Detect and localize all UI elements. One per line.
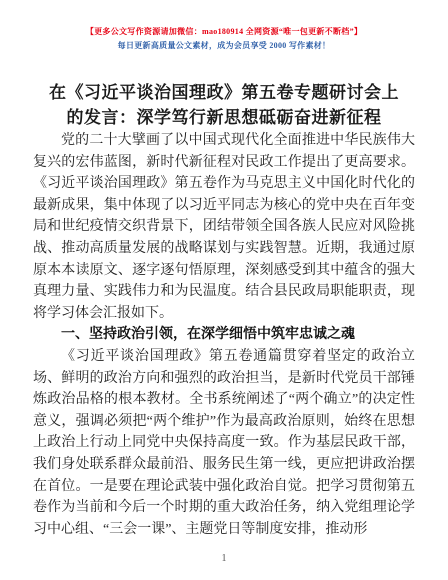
section-heading-1: 一、坚持政治引领，在深学细悟中筑牢忠诚之魂 (33, 324, 415, 346)
page-number: 1 (0, 553, 448, 564)
promo-banner: 【更多公文写作资源请加微信：mao180914 全网资源“唯一包更新不断档”】 … (0, 0, 448, 53)
document-title: 在《习近平谈治国理政》第五卷专题研讨会上 的发言：深学笃行新思想砥砺奋进新征程 (30, 81, 418, 130)
promo-banner-line-1: 【更多公文写作资源请加微信：mao180914 全网资源“唯一包更新不断档”】 (0, 25, 448, 39)
document-body: 党的二十大擘画了以中国式现代化全面推进中华民族伟大复兴的宏伟蓝图，新时代新征程对… (33, 130, 415, 542)
document-page: 【更多公文写作资源请加微信：mao180914 全网资源“唯一包更新不断档”】 … (0, 0, 448, 580)
body-paragraph-1: 党的二十大擘画了以中国式现代化全面推进中华民族伟大复兴的宏伟蓝图，新时代新征程对… (33, 130, 415, 324)
document-title-line-2: 的发言：深学笃行新思想砥砺奋进新征程 (67, 108, 382, 127)
promo-banner-line-2: 每日更新高质量公文素材，成为会员享受 2000 写作素材！ (0, 39, 448, 53)
document-title-line-1: 在《习近平谈治国理政》第五卷专题研讨会上 (49, 83, 399, 102)
body-paragraph-2: 《习近平谈治国理政》第五卷通篇贯穿着坚定的政治立场、鲜明的政治方向和强烈的政治担… (33, 346, 415, 540)
